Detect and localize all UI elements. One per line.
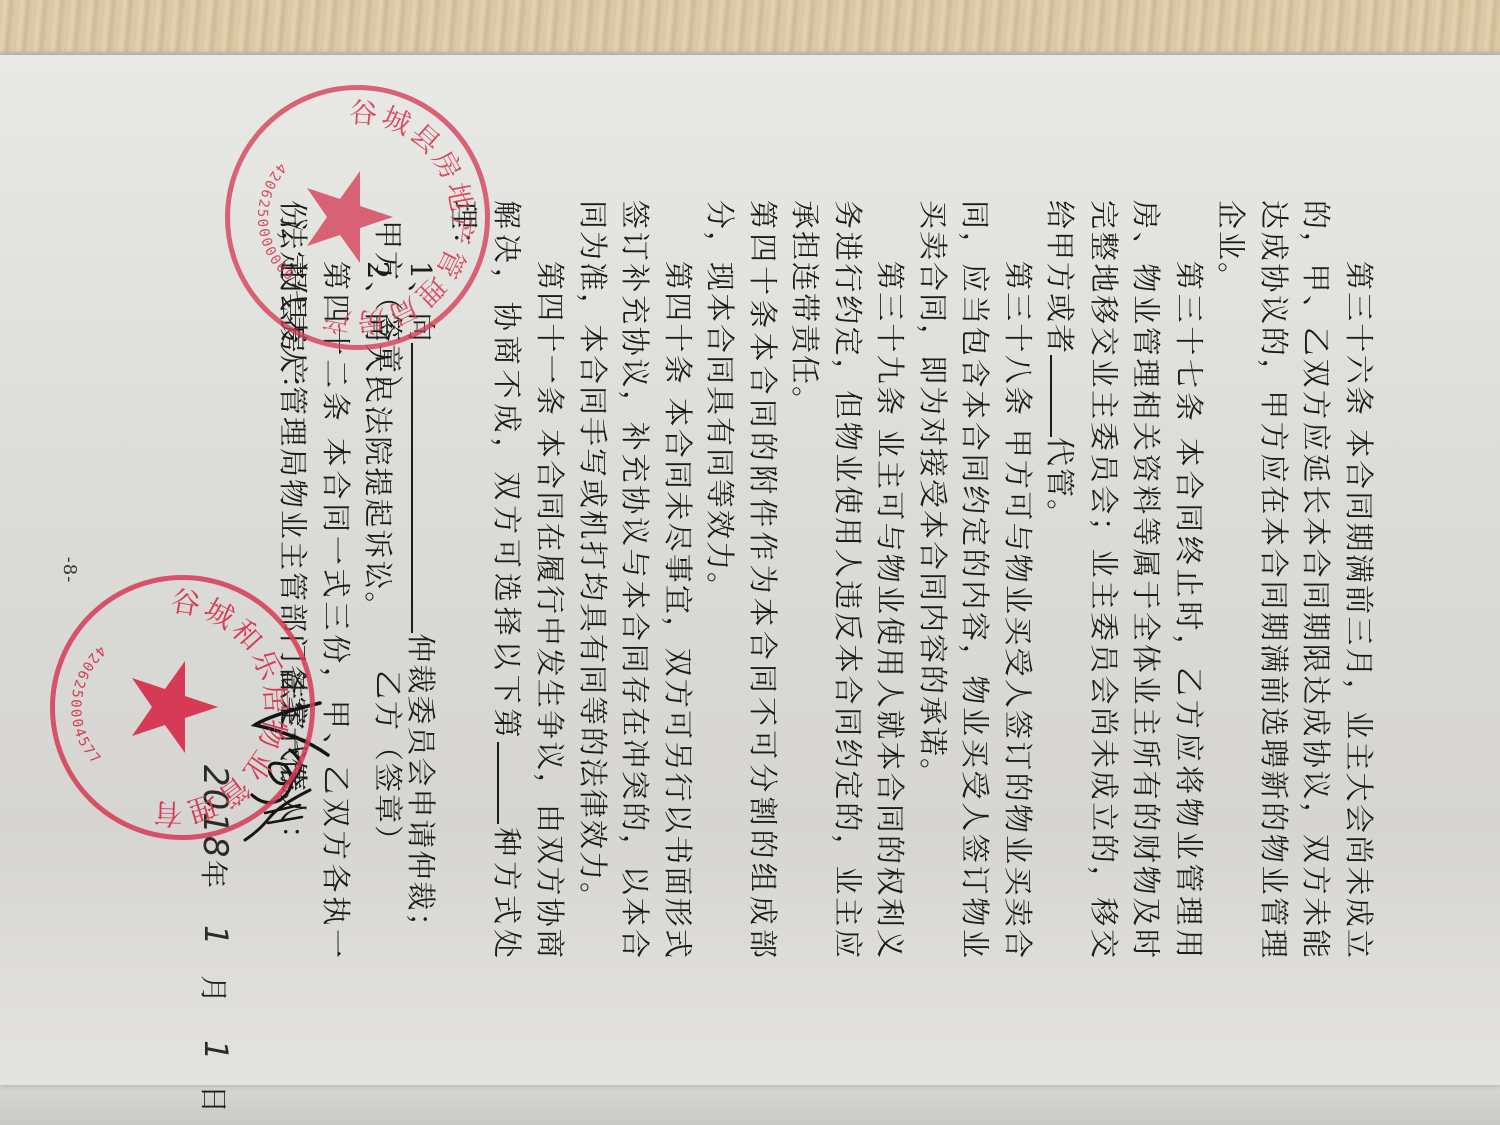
party-b-stamp-code: 4206250004577 bbox=[67, 642, 108, 768]
date-month-unit: 月 bbox=[195, 975, 235, 1005]
dispute-option-blank[interactable] bbox=[497, 742, 529, 824]
article-40: 第四十条 本合同未尽事宜，双方可另行以书面形式签订补充协议，补充协议与本合同存在… bbox=[572, 200, 700, 960]
article-36: 第三十六条 本合同期满前三月，业主大会尚未成立的，甲、乙双方应延长本合同期限达成… bbox=[1210, 200, 1380, 960]
article-40-annex: 第四十条本合同的附件作为本合同不可分割的组成部分，现本合同具有同等效力。 bbox=[699, 200, 784, 960]
date-year-unit: 年 bbox=[195, 860, 235, 890]
arbitration-committee-blank[interactable] bbox=[411, 343, 443, 633]
svg-text:4206250004577: 4206250004577 bbox=[67, 642, 108, 768]
date-month: 1 bbox=[197, 925, 235, 947]
handover-blank[interactable] bbox=[1051, 355, 1083, 437]
article-39: 第三十九条 业主可与物业使用人就本合同的权利义务进行约定，但物业使用人违反本合同… bbox=[784, 200, 912, 960]
party-b-stamp-graphic: 谷城和乐居物业管理有限公司 4206250004577 bbox=[55, 580, 310, 835]
contract-page: 第三十六条 本合同期满前三月，业主大会尚未成立的，甲、乙双方应延长本合同期限达成… bbox=[0, 55, 1500, 1085]
date-day-unit: 日 bbox=[195, 1085, 235, 1115]
party-a-stamp-code: 4206250000000 bbox=[254, 159, 298, 285]
page-number: -8- bbox=[59, 55, 80, 1085]
svg-text:4206250000000: 4206250000000 bbox=[254, 159, 298, 285]
party-b-stamp: 谷城和乐居物业管理有限公司 4206250004577 bbox=[50, 575, 315, 840]
article-38: 第三十八条 甲方可与物业买受人签订的物业买卖合同，应当包含本合同约定的内容，物业… bbox=[912, 200, 1040, 960]
party-b-label: 乙方（签章） bbox=[369, 670, 410, 856]
party-a-stamp-graphic: 谷城县房地产管理局房产服务中心 4206250000000 bbox=[230, 90, 485, 345]
party-a-stamp: 谷城县房地产管理局房产服务中心 4206250000000 bbox=[225, 85, 490, 350]
date-day: 1 bbox=[197, 1040, 235, 1062]
article-37: 第三十七条 本合同终止时，乙方应将物业管理用房、物业管理相关资料等属于全体业主所… bbox=[1039, 200, 1210, 960]
